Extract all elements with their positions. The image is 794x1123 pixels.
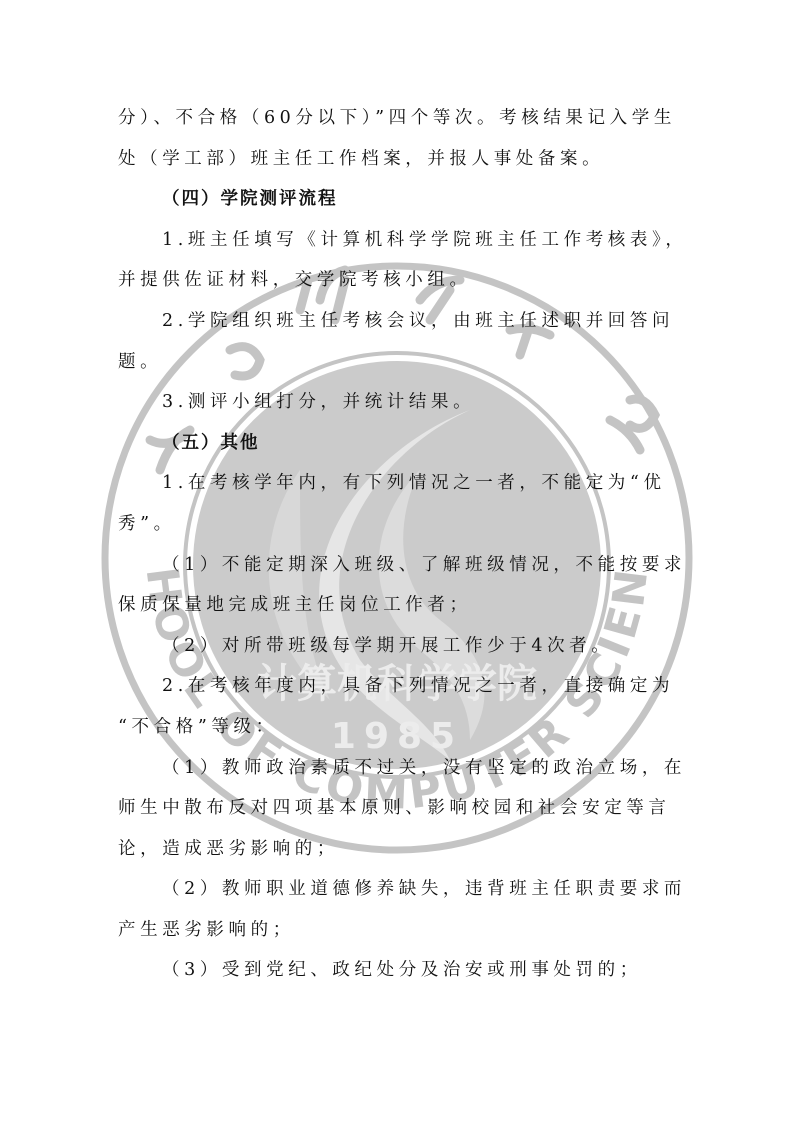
- text-line: （1）教师政治素质不过关，没有坚定的政治立场，在: [118, 748, 684, 789]
- text-line: 分）、不合格（60分以下）”四个等次。考核结果记入学生: [118, 98, 684, 139]
- text-line: 论，造成恶劣影响的；: [118, 829, 684, 870]
- text-line: 题。: [118, 342, 684, 383]
- text-line: （2）对所带班级每学期开展工作少于4次者。: [118, 626, 684, 667]
- text-line: 师生中散布反对四项基本原则、影响校园和社会安定等言: [118, 788, 684, 829]
- text-line: 2.在考核年度内，具备下列情况之一者，直接确定为: [118, 666, 684, 707]
- text-line: （1）不能定期深入班级、了解班级情况，不能按要求: [118, 545, 684, 586]
- text-line: 3.测评小组打分，并统计结果。: [118, 382, 684, 423]
- text-line: 处（学工部）班主任工作档案，并报人事处备案。: [118, 139, 684, 180]
- text-line: （3）受到党纪、政纪处分及治安或刑事处罚的；: [118, 950, 684, 991]
- document-page: 分）、不合格（60分以下）”四个等次。考核结果记入学生 处（学工部）班主任工作档…: [118, 98, 684, 991]
- text-line: 2.学院组织班主任考核会议，由班主任述职并回答问: [118, 301, 684, 342]
- text-line: 1.班主任填写《计算机科学学院班主任工作考核表》，: [118, 220, 684, 261]
- text-line: 秀”。: [118, 504, 684, 545]
- section-heading-five: （五）其他: [118, 423, 684, 464]
- section-heading-four: （四）学院测评流程: [118, 179, 684, 220]
- text-line: 1.在考核学年内，有下列情况之一者，不能定为“优: [118, 463, 684, 504]
- text-line: （2）教师职业道德修养缺失，违背班主任职责要求而: [118, 869, 684, 910]
- text-line: 保质保量地完成班主任岗位工作者；: [118, 585, 684, 626]
- text-line: 并提供佐证材料，交学院考核小组。: [118, 260, 684, 301]
- text-line: 产生恶劣影响的；: [118, 910, 684, 951]
- text-line: “不合格”等级：: [118, 707, 684, 748]
